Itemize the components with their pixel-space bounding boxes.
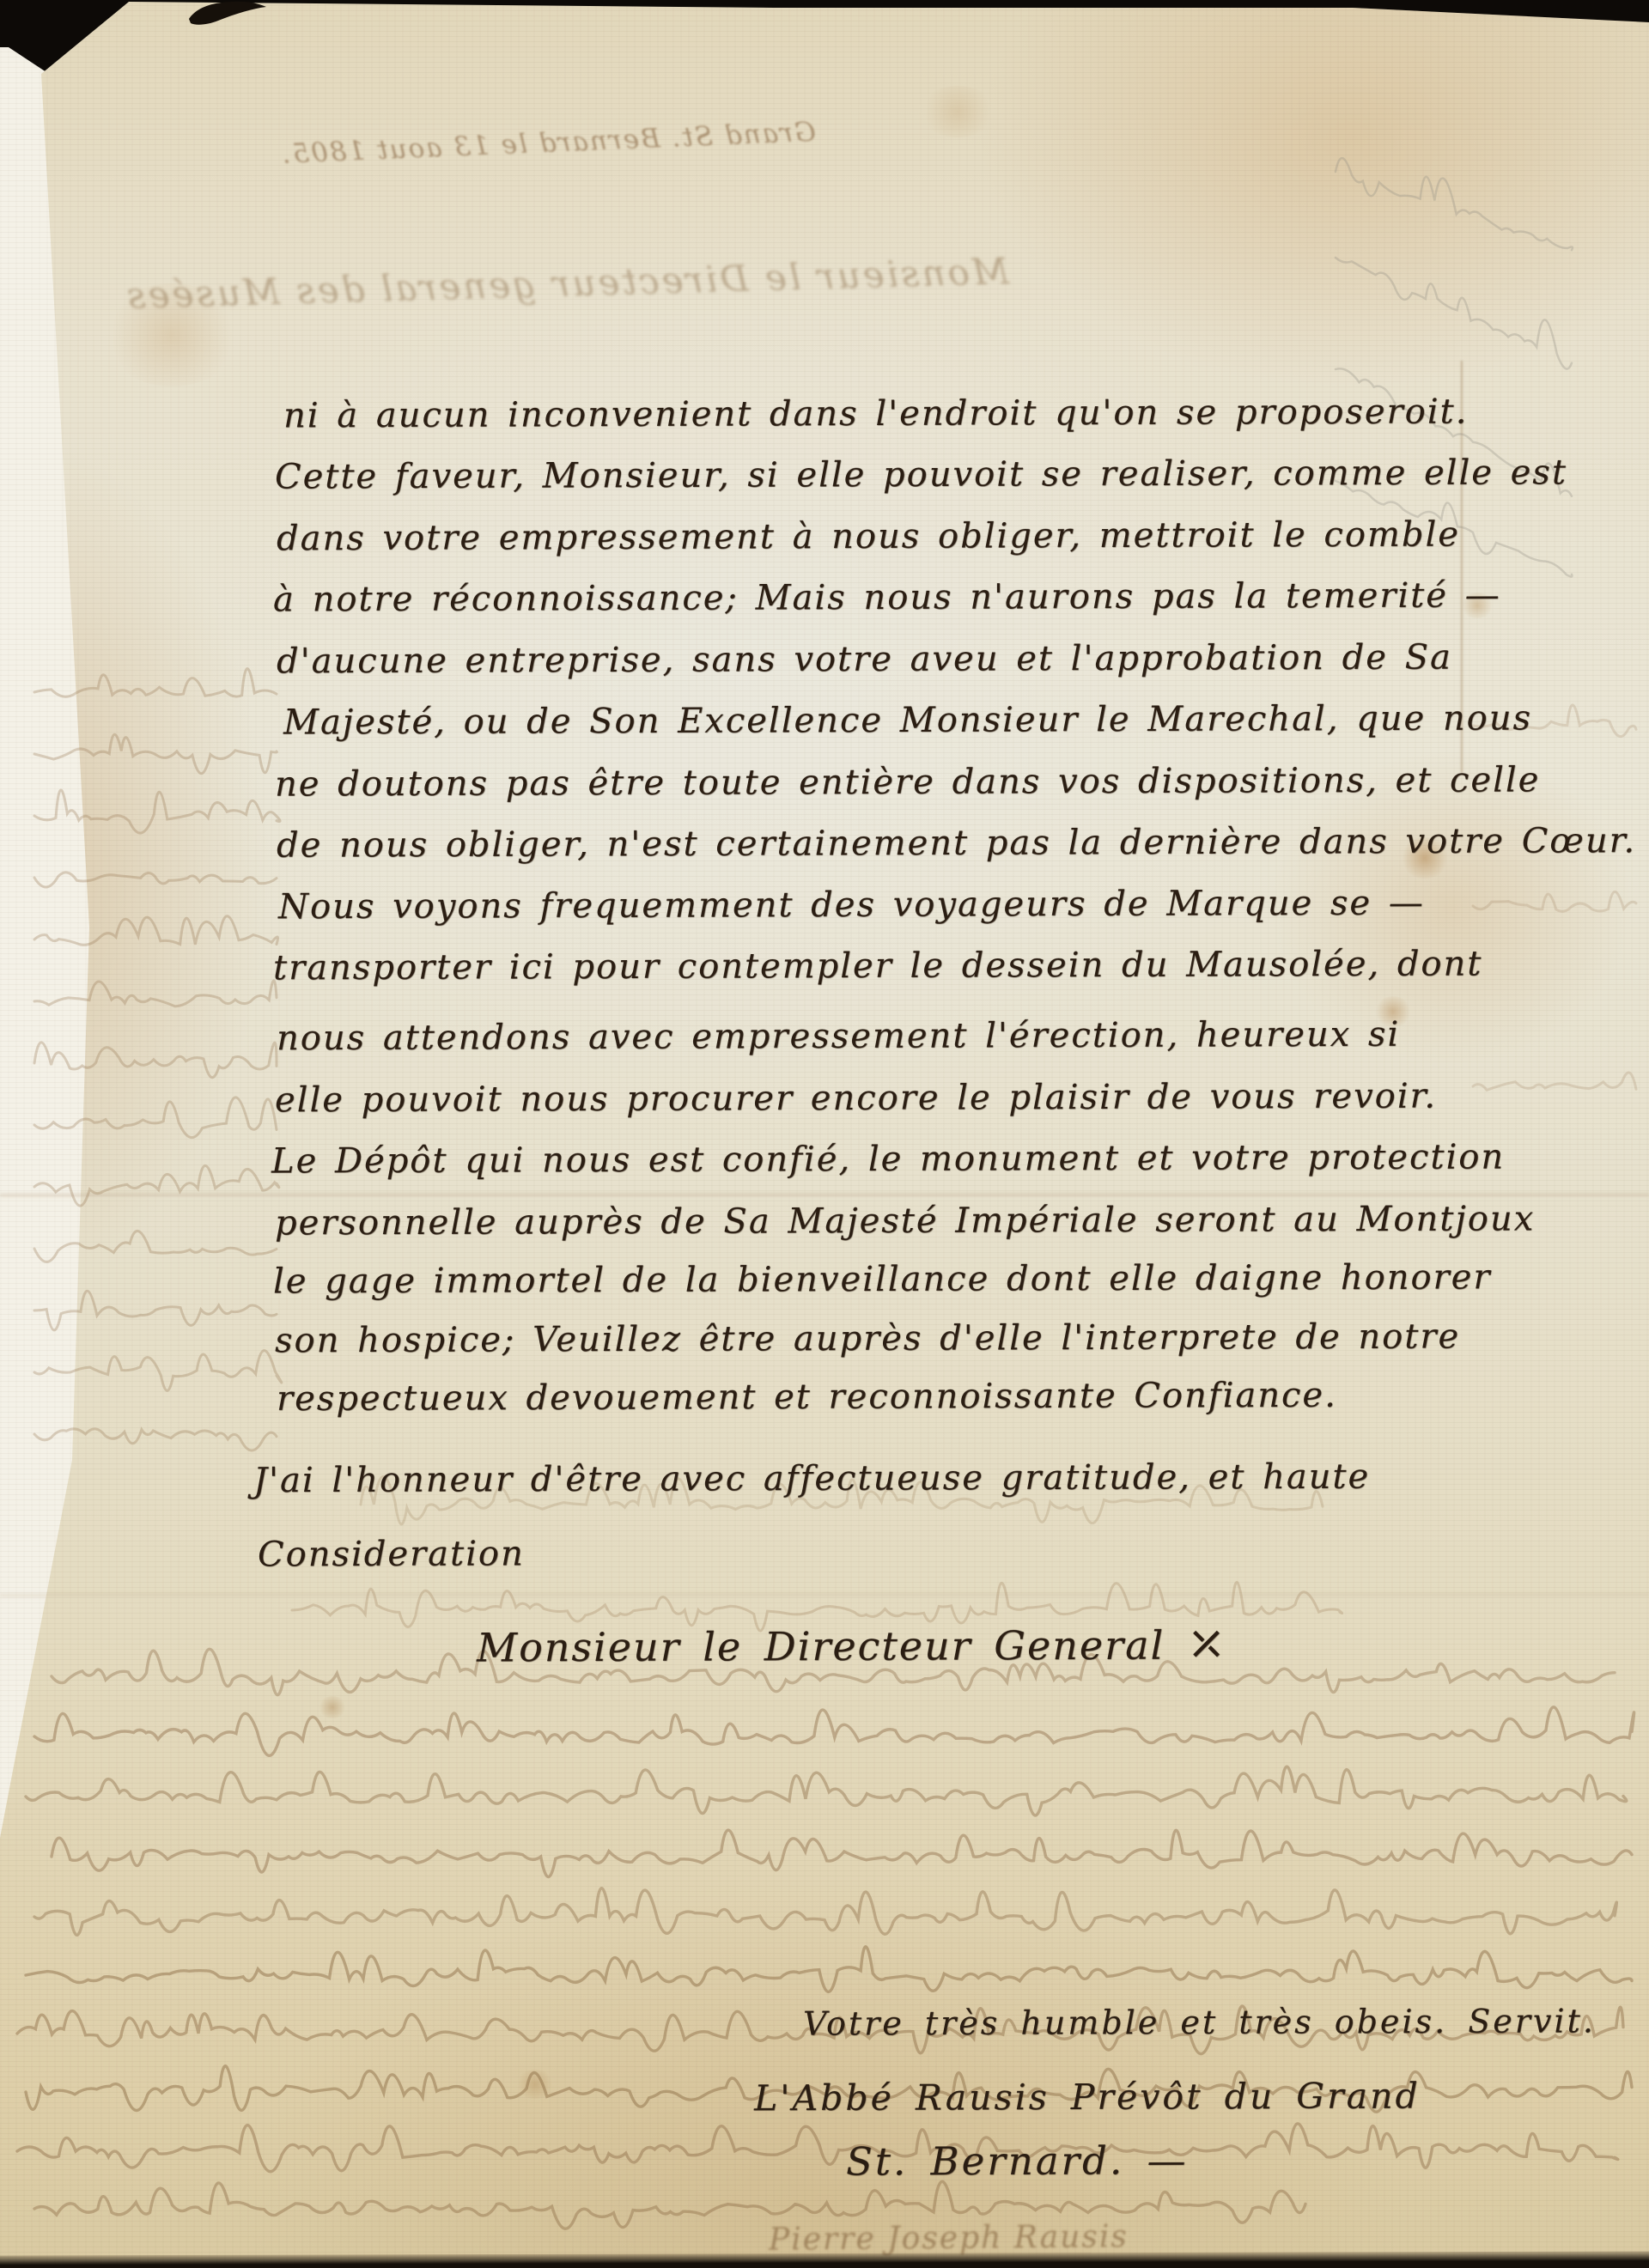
body-line: Le Dépôt qui nous est confié, le monumen… — [271, 1138, 1505, 1180]
body-line: Nous voyons frequemment des voyageurs de… — [278, 885, 1425, 927]
signature-line: Votre très humble et très obeis. Servit. — [803, 2004, 1596, 2042]
body-line: à notre réconnoissance; Mais nous n'auro… — [273, 577, 1501, 619]
body-line: transporter ici pour contempler le desse… — [273, 946, 1482, 988]
body-line: de nous obliger, n'est certainement pas … — [277, 822, 1636, 865]
body-line: personnelle auprès de Sa Majesté Impéria… — [275, 1200, 1535, 1242]
scanned-letter-page: Grand St. Bernard le 13 aout 1805. Monsi… — [0, 0, 1649, 2268]
body-line: ni à aucun inconvenient dans l'endroit q… — [283, 393, 1468, 435]
pen-flourish: ⤫ — [1187, 1615, 1227, 1669]
signature-line: St. Bernard. — — [846, 2139, 1189, 2183]
closing-line: Consideration — [258, 1535, 525, 1573]
letter-paper — [0, 0, 1649, 2268]
body-line: le gage immortel de la bienveillance don… — [273, 1259, 1492, 1301]
vocative-line: Monsieur le Directeur General ⤫ — [477, 1617, 1227, 1670]
body-line: Cette faveur, Monsieur, si elle pouvoit … — [275, 453, 1567, 496]
signature-line: L'Abbé Rausis Prévôt du Grand — [754, 2077, 1421, 2119]
closing-line: J'ai l'honneur d'être avec affectueuse g… — [253, 1458, 1370, 1500]
body-line: respectueux devouement et reconnoissante… — [277, 1377, 1337, 1418]
body-line: nous attendons avec empressement l'érect… — [277, 1016, 1400, 1058]
ink-smudge — [184, 0, 270, 29]
body-line: Majesté, ou de Son Excellence Monsieur l… — [283, 699, 1532, 741]
body-line: son hospice; Veuillez être auprès d'elle… — [275, 1318, 1460, 1360]
vocative-text: Monsieur le Directeur General — [477, 1622, 1165, 1671]
body-line: elle pouvoit nous procurer encore le pla… — [275, 1078, 1437, 1120]
body-line: d'aucune entreprise, sans votre aveu et … — [277, 639, 1452, 681]
body-line: dans votre empressement à nous obliger, … — [277, 516, 1460, 558]
body-line: ne doutons pas être toute entière dans v… — [275, 761, 1540, 803]
